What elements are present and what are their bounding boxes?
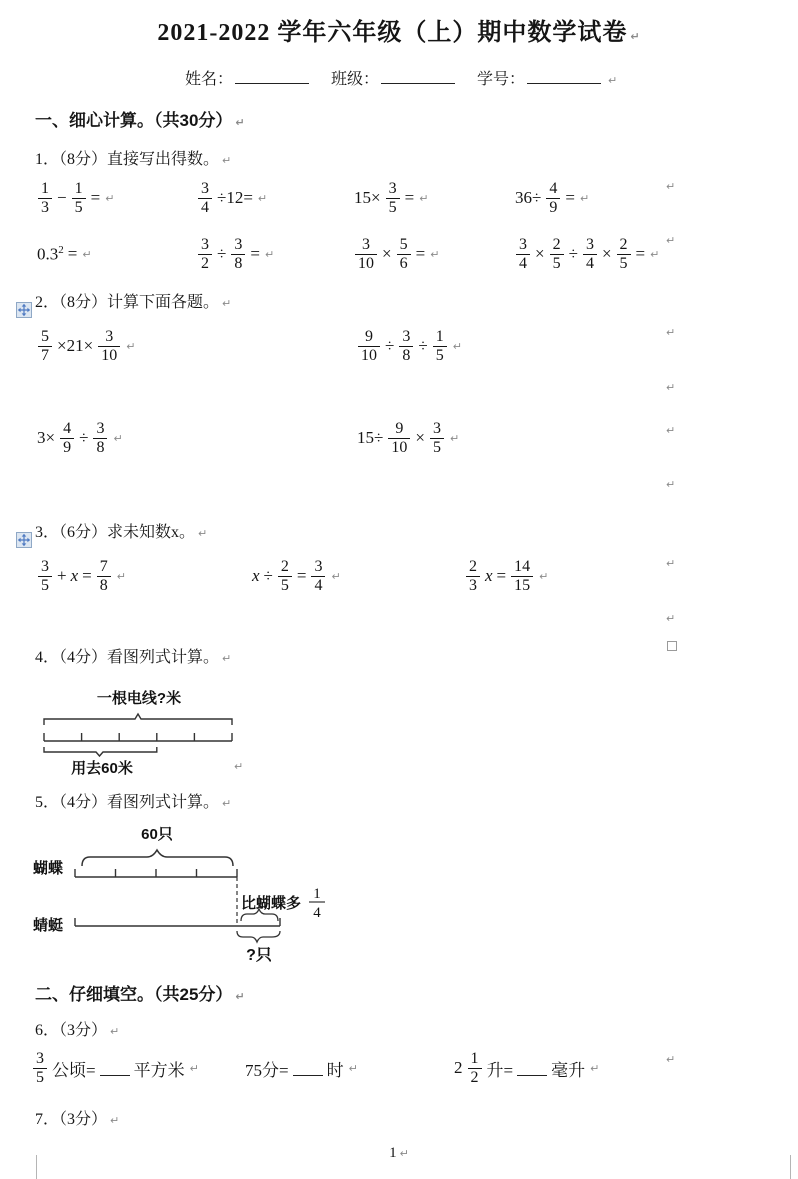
fraction: 310 <box>355 236 377 273</box>
paragraph-mark-icon: ↵ <box>117 570 126 583</box>
page-number: 1↵ <box>0 1145 798 1162</box>
fraction-numerator: 3 <box>516 236 530 254</box>
paragraph-mark-icon: ↵ <box>666 326 675 339</box>
paragraph-mark-icon: ↵ <box>666 424 675 437</box>
question-4-label: 4．（4分）看图列式计算。↵ <box>35 644 231 667</box>
math-text: ×21× <box>57 336 93 356</box>
fraction: 13 <box>38 180 52 217</box>
fraction-numerator: 3 <box>311 558 325 576</box>
bottom-bracket <box>44 747 157 756</box>
fraction-denominator: 10 <box>355 254 377 273</box>
fraction-denominator: 8 <box>93 438 107 457</box>
section-1-heading-text: 一、细心计算。（共30分） <box>35 111 232 130</box>
fraction-numerator: 9 <box>392 420 406 438</box>
fraction: 35 <box>33 1050 47 1087</box>
paragraph-mark-icon: ↵ <box>430 248 439 261</box>
section-2-heading-text: 二、仔细填空。（共25分） <box>35 985 232 1004</box>
math-text: 3× <box>37 428 55 448</box>
paragraph-mark-icon: ↵ <box>222 297 231 310</box>
paragraph-mark-icon: ↵ <box>666 1053 675 1066</box>
mixed-number-whole: 2 <box>454 1058 463 1078</box>
more-fraction-denominator: 4 <box>313 905 321 921</box>
fraction-denominator: 8 <box>399 346 413 365</box>
more-than-label: 比蝴蝶多 <box>241 894 301 912</box>
class-label: 班级： <box>331 71 379 88</box>
butterfly-brace <box>82 850 233 866</box>
math-text: = <box>416 244 426 264</box>
equation-q1-8: 34×25÷34×25=↵ <box>513 232 659 276</box>
paragraph-mark-icon: ↵ <box>590 1062 599 1075</box>
math-text: = <box>82 566 92 586</box>
math-variable: x <box>485 566 493 586</box>
fraction-numerator: 5 <box>38 328 52 346</box>
fraction: 56 <box>397 236 411 273</box>
paragraph-mark-icon: ↵ <box>666 180 675 193</box>
math-text: − <box>57 188 67 208</box>
butterfly-dragonfly-diagram: 60只 蝴蝶 比蝴蝶多 1 4 蜻蜓 ?只 <box>26 820 366 970</box>
fraction: 34 <box>311 558 325 595</box>
paragraph-mark-icon: ↵ <box>235 990 244 1003</box>
fraction-denominator: 4 <box>311 576 325 595</box>
math-text: 升= <box>487 1056 514 1081</box>
fraction-numerator: 2 <box>278 558 292 576</box>
paragraph-mark-icon: ↵ <box>82 248 91 261</box>
dragonfly-bar-ticks <box>75 918 280 926</box>
fraction-denominator: 4 <box>198 198 212 217</box>
question-6-label: 6．（3分）↵ <box>35 1017 119 1040</box>
equation-q1-3: 15×35=↵ <box>352 176 428 220</box>
fraction: 34 <box>583 236 597 273</box>
fraction-denominator: 9 <box>546 198 560 217</box>
move-handle-icon[interactable] <box>16 532 32 548</box>
paragraph-mark-icon: ↵ <box>265 248 274 261</box>
math-text: × <box>382 244 392 264</box>
question-7-label: 7．（3分）↵ <box>35 1106 119 1129</box>
fraction-denominator: 10 <box>98 346 120 365</box>
equation-q3-2: x÷25=34↵ <box>250 554 341 598</box>
page-title-text: 2021-2022 学年六年级（上）期中数学试卷 <box>157 20 627 46</box>
question-1-label-text: 1．（8分）直接写出得数。 <box>35 151 219 168</box>
student-id-label: 学号： <box>477 71 525 88</box>
fraction-denominator: 2 <box>198 254 212 273</box>
fraction: 38 <box>231 236 245 273</box>
wire-bar-diagram: 一根电线?米 用去60米 <box>36 688 246 780</box>
math-text: 毫升 <box>551 1056 585 1081</box>
math-text: + <box>57 566 67 586</box>
paragraph-mark-icon: ↵ <box>258 192 267 205</box>
math-text: ÷ <box>217 244 226 264</box>
math-text: ÷ <box>79 428 88 448</box>
fraction: 310 <box>98 328 120 365</box>
math-text: 15× <box>354 188 381 208</box>
fraction-denominator: 3 <box>38 198 52 217</box>
fraction-numerator: 5 <box>397 236 411 254</box>
fraction: 49 <box>60 420 74 457</box>
student-id-blank <box>527 68 601 84</box>
fraction: 32 <box>198 236 212 273</box>
fraction: 78 <box>97 558 111 595</box>
paragraph-mark-icon: ↵ <box>190 1062 199 1075</box>
fraction: 910 <box>388 420 410 457</box>
paragraph-mark-icon: ↵ <box>608 74 617 87</box>
fraction-denominator: 5 <box>278 576 292 595</box>
fraction-numerator: 3 <box>430 420 444 438</box>
paragraph-mark-icon: ↵ <box>580 192 589 205</box>
fraction: 34 <box>516 236 530 273</box>
fraction-denominator: 8 <box>97 576 111 595</box>
math-text: × <box>602 244 612 264</box>
paragraph-mark-icon: ↵ <box>666 381 675 394</box>
fraction: 57 <box>38 328 52 365</box>
paragraph-mark-icon: ↵ <box>453 340 462 353</box>
student-info-line: 姓名： 班级： 学号：↵ <box>185 66 617 89</box>
fraction-numerator: 1 <box>433 328 447 346</box>
section-2-heading: 二、仔细填空。（共25分）↵ <box>35 980 245 1005</box>
fraction: 49 <box>546 180 560 217</box>
paragraph-mark-icon: ↵ <box>222 652 231 665</box>
fraction-denominator: 4 <box>583 254 597 273</box>
math-text: = <box>636 244 646 264</box>
paragraph-mark-icon: ↵ <box>235 116 244 129</box>
question-brace <box>237 931 280 942</box>
math-text: = <box>565 188 575 208</box>
fraction: 910 <box>358 328 380 365</box>
equation-q1-4: 36÷49=↵ <box>513 176 589 220</box>
fraction-numerator: 7 <box>97 558 111 576</box>
fill-in-blank <box>293 1060 323 1076</box>
fraction: 12 <box>468 1050 482 1087</box>
page-number-text: 1 <box>389 1145 397 1161</box>
anchor-square <box>667 641 677 651</box>
paragraph-mark-icon: ↵ <box>666 478 675 491</box>
equation-q6-3: 212升=毫升↵ <box>452 1046 599 1090</box>
name-blank <box>235 68 309 84</box>
paragraph-mark-icon: ↵ <box>126 340 135 353</box>
fraction-numerator: 9 <box>362 328 376 346</box>
equation-q6-2: 75分=时↵ <box>243 1046 358 1090</box>
math-text: 时 <box>327 1056 344 1081</box>
math-text: = <box>250 244 260 264</box>
fraction: 38 <box>399 328 413 365</box>
question-3-label: 3．（6分）求未知数x。↵ <box>35 519 207 542</box>
fraction-numerator: 4 <box>60 420 74 438</box>
fraction-denominator: 15 <box>511 576 533 595</box>
fraction: 15 <box>433 328 447 365</box>
equation-q3-1: 35+x=78↵ <box>35 554 126 598</box>
question-2-label: 2．（8分）计算下面各题。↵ <box>35 289 231 312</box>
equation-q3-3: 23x=1415↵ <box>463 554 548 598</box>
paragraph-mark-icon: ↵ <box>113 432 122 445</box>
math-text: ÷ <box>569 244 578 264</box>
fraction-numerator: 1 <box>72 180 86 198</box>
fraction-denominator: 8 <box>231 254 245 273</box>
paragraph-mark-icon: ↵ <box>222 797 231 810</box>
fraction-denominator: 9 <box>60 438 74 457</box>
fraction-numerator: 3 <box>231 236 245 254</box>
fraction-denominator: 5 <box>550 254 564 273</box>
fraction-numerator: 3 <box>38 558 52 576</box>
equation-q2-1: 57×21×310↵ <box>35 324 135 368</box>
fraction-denominator: 5 <box>72 198 86 217</box>
butterfly-bar-ticks <box>75 869 237 877</box>
equation-q1-5: 0.32=↵ <box>35 232 92 276</box>
fraction-denominator: 10 <box>388 438 410 457</box>
paragraph-mark-icon: ↵ <box>650 248 659 261</box>
fraction: 38 <box>93 420 107 457</box>
exponent: 2 <box>58 244 64 256</box>
fraction-numerator: 2 <box>617 236 631 254</box>
math-text: × <box>535 244 545 264</box>
paragraph-mark-icon: ↵ <box>349 1062 358 1075</box>
question-6-label-text: 6．（3分） <box>35 1022 107 1039</box>
fraction-denominator: 5 <box>617 254 631 273</box>
math-text: ÷ <box>385 336 394 356</box>
equation-q2-2: 910÷38÷15↵ <box>355 324 462 368</box>
fraction: 35 <box>386 180 400 217</box>
math-text: ÷ <box>418 336 427 356</box>
fraction-denominator: 2 <box>468 1068 482 1087</box>
fraction-numerator: 2 <box>466 558 480 576</box>
fraction-numerator: 14 <box>511 558 533 576</box>
fill-in-blank <box>100 1060 130 1076</box>
question-5-label: 5．（4分）看图列式计算。↵ <box>35 789 231 812</box>
fraction-numerator: 3 <box>102 328 116 346</box>
math-power: 0.32 <box>37 244 64 265</box>
fraction: 34 <box>198 180 212 217</box>
dragonfly-row-label: 蜻蜓 <box>33 916 63 934</box>
paragraph-mark-icon: ↵ <box>419 192 428 205</box>
math-text: = <box>497 566 507 586</box>
name-label: 姓名： <box>185 71 233 88</box>
math-text: 75分= <box>245 1056 289 1081</box>
fraction-denominator: 6 <box>397 254 411 273</box>
equation-q1-7: 310×56=↵ <box>352 232 439 276</box>
paragraph-mark-icon: ↵ <box>400 1147 409 1160</box>
fraction-numerator: 3 <box>359 236 373 254</box>
paragraph-mark-icon: ↵ <box>234 760 243 773</box>
wire-total-label: 一根电线?米 <box>97 689 181 707</box>
fill-in-blank <box>517 1060 547 1076</box>
fraction-numerator: 3 <box>386 180 400 198</box>
equation-q2-4: 15÷910×35↵ <box>355 416 459 460</box>
fraction-numerator: 3 <box>399 328 413 346</box>
section-1-heading: 一、细心计算。（共30分）↵ <box>35 106 245 131</box>
math-variable: x <box>71 566 79 586</box>
fraction-denominator: 5 <box>33 1068 47 1087</box>
equation-q6-1: 35公顷=平方米↵ <box>30 1046 199 1090</box>
text-boundary-mark <box>36 1155 37 1179</box>
fraction: 25 <box>617 236 631 273</box>
paragraph-mark-icon: ↵ <box>110 1114 119 1127</box>
question-4-label-text: 4．（4分）看图列式计算。 <box>35 649 219 666</box>
fraction: 1415 <box>511 558 533 595</box>
fraction: 35 <box>430 420 444 457</box>
paragraph-mark-icon: ↵ <box>630 30 640 43</box>
fraction-denominator: 7 <box>38 346 52 365</box>
fraction-denominator: 4 <box>516 254 530 273</box>
paragraph-mark-icon: ↵ <box>450 432 459 445</box>
fraction: 15 <box>72 180 86 217</box>
fraction-numerator: 4 <box>546 180 560 198</box>
paragraph-mark-icon: ↵ <box>222 154 231 167</box>
math-variable: x <box>252 566 260 586</box>
question-7-label-text: 7．（3分） <box>35 1111 107 1128</box>
fraction: 25 <box>550 236 564 273</box>
paragraph-mark-icon: ↵ <box>198 527 207 540</box>
wire-used-label: 用去60米 <box>71 760 133 777</box>
fraction-numerator: 3 <box>198 236 212 254</box>
equation-q1-1: 13−15=↵ <box>35 176 114 220</box>
more-fraction-numerator: 1 <box>313 886 321 902</box>
fraction-numerator: 1 <box>38 180 52 198</box>
paragraph-mark-icon: ↵ <box>666 557 675 570</box>
wire-bar-ticks <box>44 733 232 741</box>
question-count-label: ?只 <box>246 946 272 964</box>
top-bracket <box>44 714 232 725</box>
fraction: 23 <box>466 558 480 595</box>
class-blank <box>381 68 455 84</box>
paragraph-mark-icon: ↵ <box>105 192 114 205</box>
question-3-label-text: 3．（6分）求未知数x。 <box>35 524 195 541</box>
equation-q1-2: 34÷12=↵ <box>195 176 267 220</box>
page-title: 2021-2022 学年六年级（上）期中数学试卷↵ <box>0 12 798 47</box>
math-text: 36÷ <box>515 188 541 208</box>
paragraph-mark-icon: ↵ <box>539 570 548 583</box>
fraction-denominator: 10 <box>358 346 380 365</box>
paragraph-mark-icon: ↵ <box>110 1025 119 1038</box>
math-text: 平方米 <box>134 1056 185 1081</box>
question-5-label-text: 5．（4分）看图列式计算。 <box>35 794 219 811</box>
fraction-numerator: 2 <box>550 236 564 254</box>
equation-q1-6: 32÷38=↵ <box>195 232 274 276</box>
fraction-numerator: 3 <box>33 1050 47 1068</box>
fraction: 25 <box>278 558 292 595</box>
fraction-numerator: 3 <box>93 420 107 438</box>
butterfly-row-label: 蝴蝶 <box>33 859 63 877</box>
fraction: 35 <box>38 558 52 595</box>
fraction-denominator: 5 <box>386 198 400 217</box>
paragraph-mark-icon: ↵ <box>666 612 675 625</box>
question-1-label: 1．（8分）直接写出得数。↵ <box>35 146 231 169</box>
fraction-numerator: 3 <box>198 180 212 198</box>
math-text: 15÷ <box>357 428 383 448</box>
text-boundary-mark <box>790 1155 791 1179</box>
paragraph-mark-icon: ↵ <box>331 570 340 583</box>
fraction-denominator: 3 <box>466 576 480 595</box>
math-text: 公顷= <box>52 1056 96 1081</box>
math-text: = <box>405 188 415 208</box>
butterfly-count-label: 60只 <box>141 826 173 843</box>
question-2-label-text: 2．（8分）计算下面各题。 <box>35 294 219 311</box>
math-text: = <box>297 566 307 586</box>
fraction-denominator: 5 <box>38 576 52 595</box>
math-text: = <box>68 244 78 264</box>
math-text: ÷ <box>264 566 273 586</box>
math-text: ÷12= <box>217 188 253 208</box>
fraction-denominator: 5 <box>433 346 447 365</box>
fraction-denominator: 5 <box>430 438 444 457</box>
equation-q2-3: 3×49÷38↵ <box>35 416 123 460</box>
paragraph-mark-icon: ↵ <box>666 234 675 247</box>
fraction-numerator: 1 <box>468 1050 482 1068</box>
fraction-numerator: 3 <box>583 236 597 254</box>
math-text: × <box>415 428 425 448</box>
document-page: { "icons": { "paragraph_mark": "↵" }, "h… <box>0 0 798 1179</box>
math-text: = <box>91 188 101 208</box>
move-handle-icon[interactable] <box>16 302 32 318</box>
